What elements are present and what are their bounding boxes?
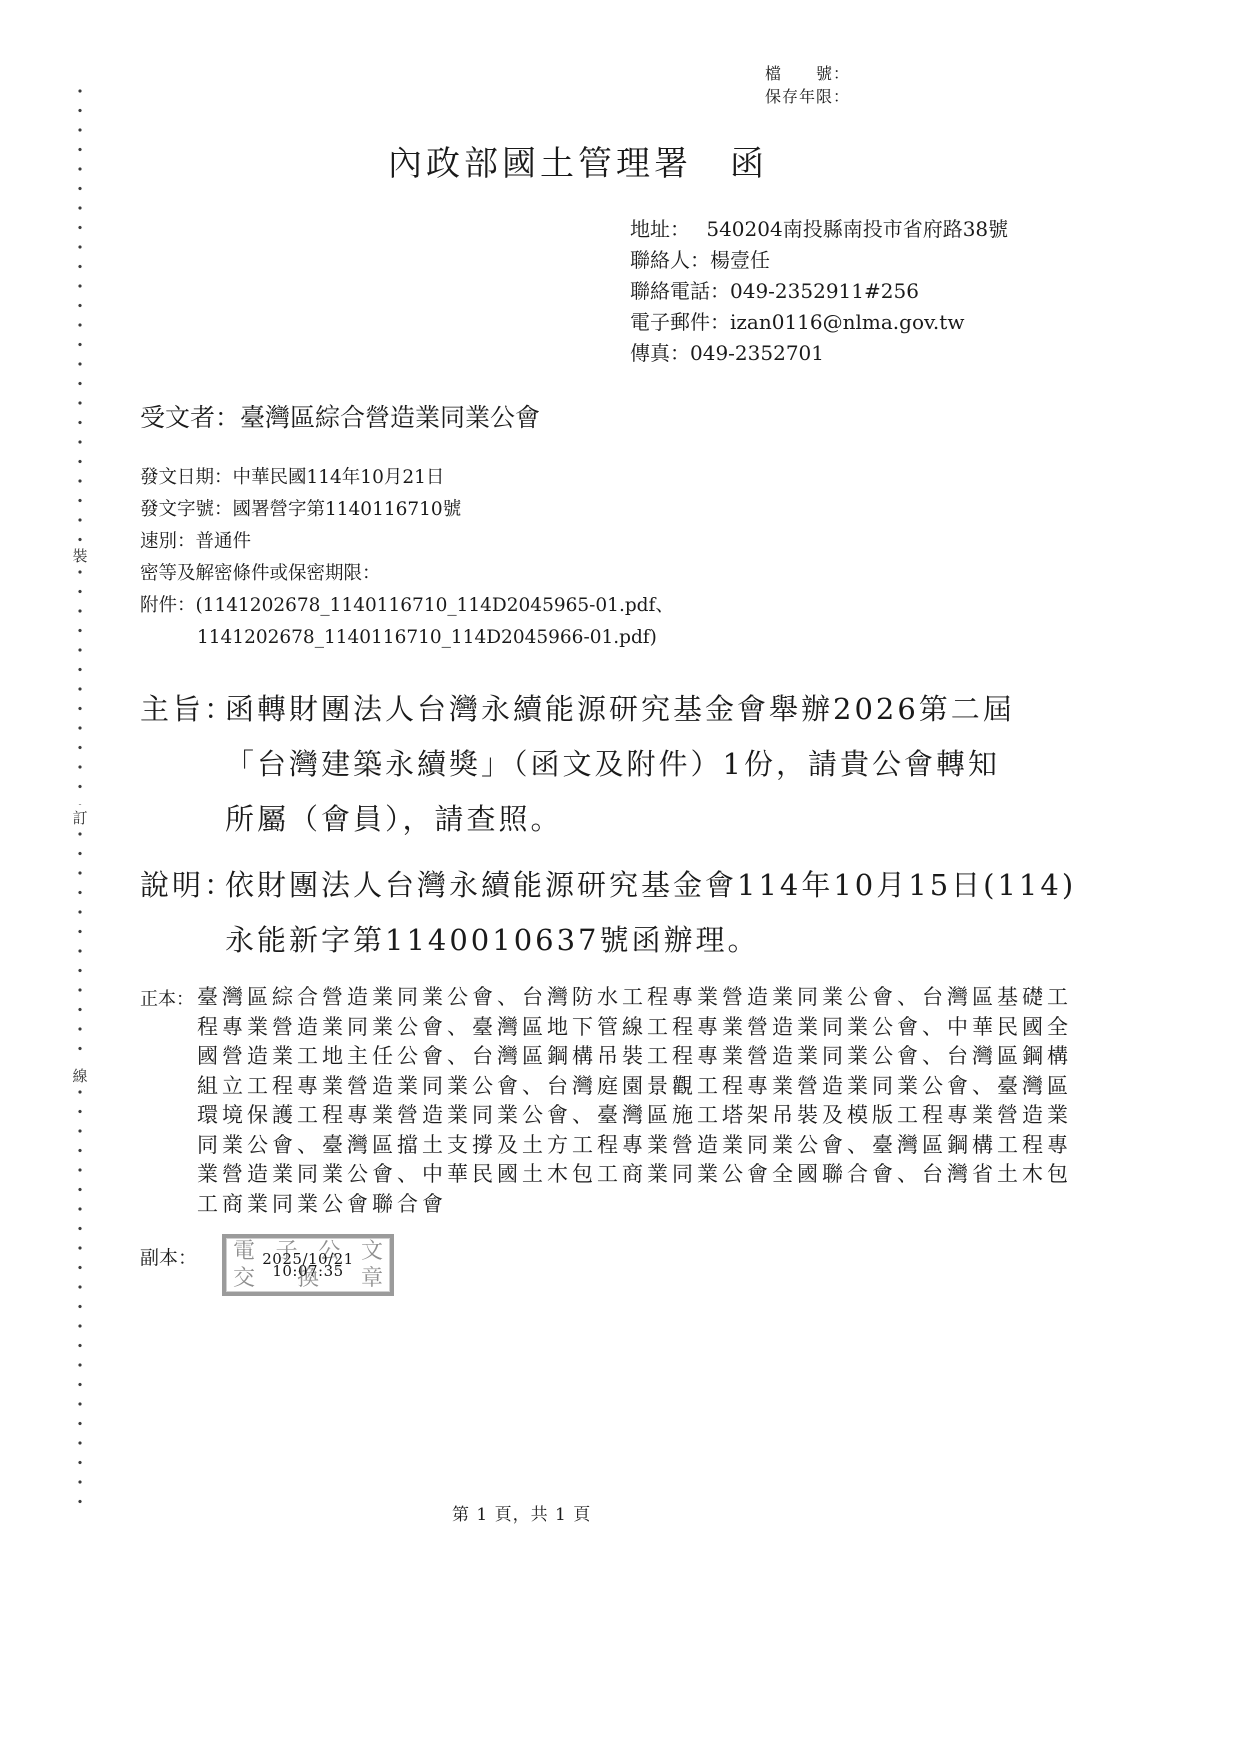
subject-line-3: 所屬（會員），請查照。 [225,792,1015,847]
explanation-section: 說明： 依財團法人台灣永續能源研究基金會114年10月15日(114) 永能新字… [140,858,1076,968]
original-copy-line: 程專業營造業同業公會、臺灣區地下管線工程專業營造業同業公會、中華民國全 [197,1013,1097,1043]
binding-dots [77,831,83,1063]
explanation-line-2: 永能新字第1140010637號函辦理。 [225,913,1076,968]
original-copy-line: 環境保護工程專業營造業同業公會、臺灣區施工塔架吊裝及模版工程專業營造業 [197,1101,1097,1131]
issue-date-line: 發文日期：中華民國114年10月21日 [140,462,674,494]
original-copy-line: 國營造業工地主任公會、台灣區鋼構吊裝工程專業營造業同業公會、台灣區鋼構 [197,1042,1097,1072]
original-copy-line: 同業公會、臺灣區擋土支撐及土方工程專業營造業同業公會、臺灣區鋼構工程專 [197,1131,1097,1161]
original-copy-label: 正本： [140,985,194,1015]
binding-dots [77,88,83,543]
electronic-exchange-stamp: 電 子 公 文 交 換 章 2025/10/21 10:07:35 [222,1234,394,1296]
sender-contact-block: 地址： 540204南投縣南投市省府路38號 聯絡人：楊壹任 聯絡電話：049-… [630,214,1008,369]
sender-email: 電子郵件：izan0116@nlma.gov.tw [630,307,1008,338]
original-copy-line: 臺灣區綜合營造業同業公會、台灣防水工程專業營造業同業公會、台灣區基礎工 [197,983,1097,1013]
sender-fax: 傳真：049-2352701 [630,338,1008,369]
archive-labels: 檔 號： 保存年限： [765,62,850,108]
sender-phone: 聯絡電話：049-2352911#256 [630,276,1008,307]
retention-period-label: 保存年限： [765,85,850,108]
stamp-time-value: 10:07:35 [272,1265,343,1277]
carbon-copy-label: 副本： [140,1243,197,1270]
explanation-line-1: 依財團法人台灣永續能源研究基金會114年10月15日(114) [225,858,1076,913]
sender-contact-person: 聯絡人：楊壹任 [630,245,1008,276]
subject-label: 主旨： [140,682,236,737]
attachment-line-1: 附件：(1141202678_1140116710_114D2045965-01… [140,590,674,622]
binding-dots [77,569,83,805]
document-title: 內政部國土管理署 函 [388,136,768,185]
binding-mark-zhuang: 裝 [72,543,87,569]
binding-margin: 裝 訂 線 [71,88,89,1505]
subject-line-2: 「台灣建築永續獎」（函文及附件）1份，請貴公會轉知 [225,737,1015,792]
security-line: 密等及解密條件或保密期限： [140,558,674,590]
priority-line: 速別：普通件 [140,526,674,558]
subject-line-1: 函轉財團法人台灣永續能源研究基金會舉辦2026第二屆 [225,682,1015,737]
doc-number-line: 發文字號：國署營字第1140116710號 [140,494,674,526]
page-number-footer: 第 1 頁，共 1 頁 [452,1500,591,1525]
original-copy-line: 業營造業同業公會、中華民國土木包工商業同業公會全國聯合會、台灣省土木包 [197,1160,1097,1190]
explanation-label: 說明： [140,858,236,913]
official-letter-page: 裝 訂 線 檔 號： 保存年限： 內政部國土管理署 函 地址： 540204南投… [0,0,1241,1754]
original-copy-line: 工商業同業公會聯合會 [197,1190,1097,1220]
attachment-line-2: 1141202678_1140116710_114D2045966-01.pdf… [140,622,674,654]
original-copy-line: 組立工程專業營造業同業公會、台灣庭園景觀工程專業營造業同業公會、臺灣區 [197,1072,1097,1102]
original-copy-section: 正本： 臺灣區綜合營造業同業公會、台灣防水工程專業營造業同業公會、台灣區基礎工 … [140,983,1097,1219]
recipient-line: 受文者：臺灣區綜合營造業同業公會 [140,398,540,434]
binding-dots [77,1089,83,1505]
subject-section: 主旨： 函轉財團法人台灣永續能源研究基金會舉辦2026第二屆 「台灣建築永續獎」… [140,682,1015,847]
stamp-timestamp: 2025/10/21 10:07:35 [226,1238,390,1292]
document-meta-block: 發文日期：中華民國114年10月21日 發文字號：國署營字第1140116710… [140,462,674,654]
binding-mark-ding: 訂 [72,805,87,831]
sender-address: 地址： 540204南投縣南投市省府路38號 [630,214,1008,245]
file-number-label: 檔 號： [765,62,850,85]
binding-mark-xian: 線 [72,1063,87,1089]
